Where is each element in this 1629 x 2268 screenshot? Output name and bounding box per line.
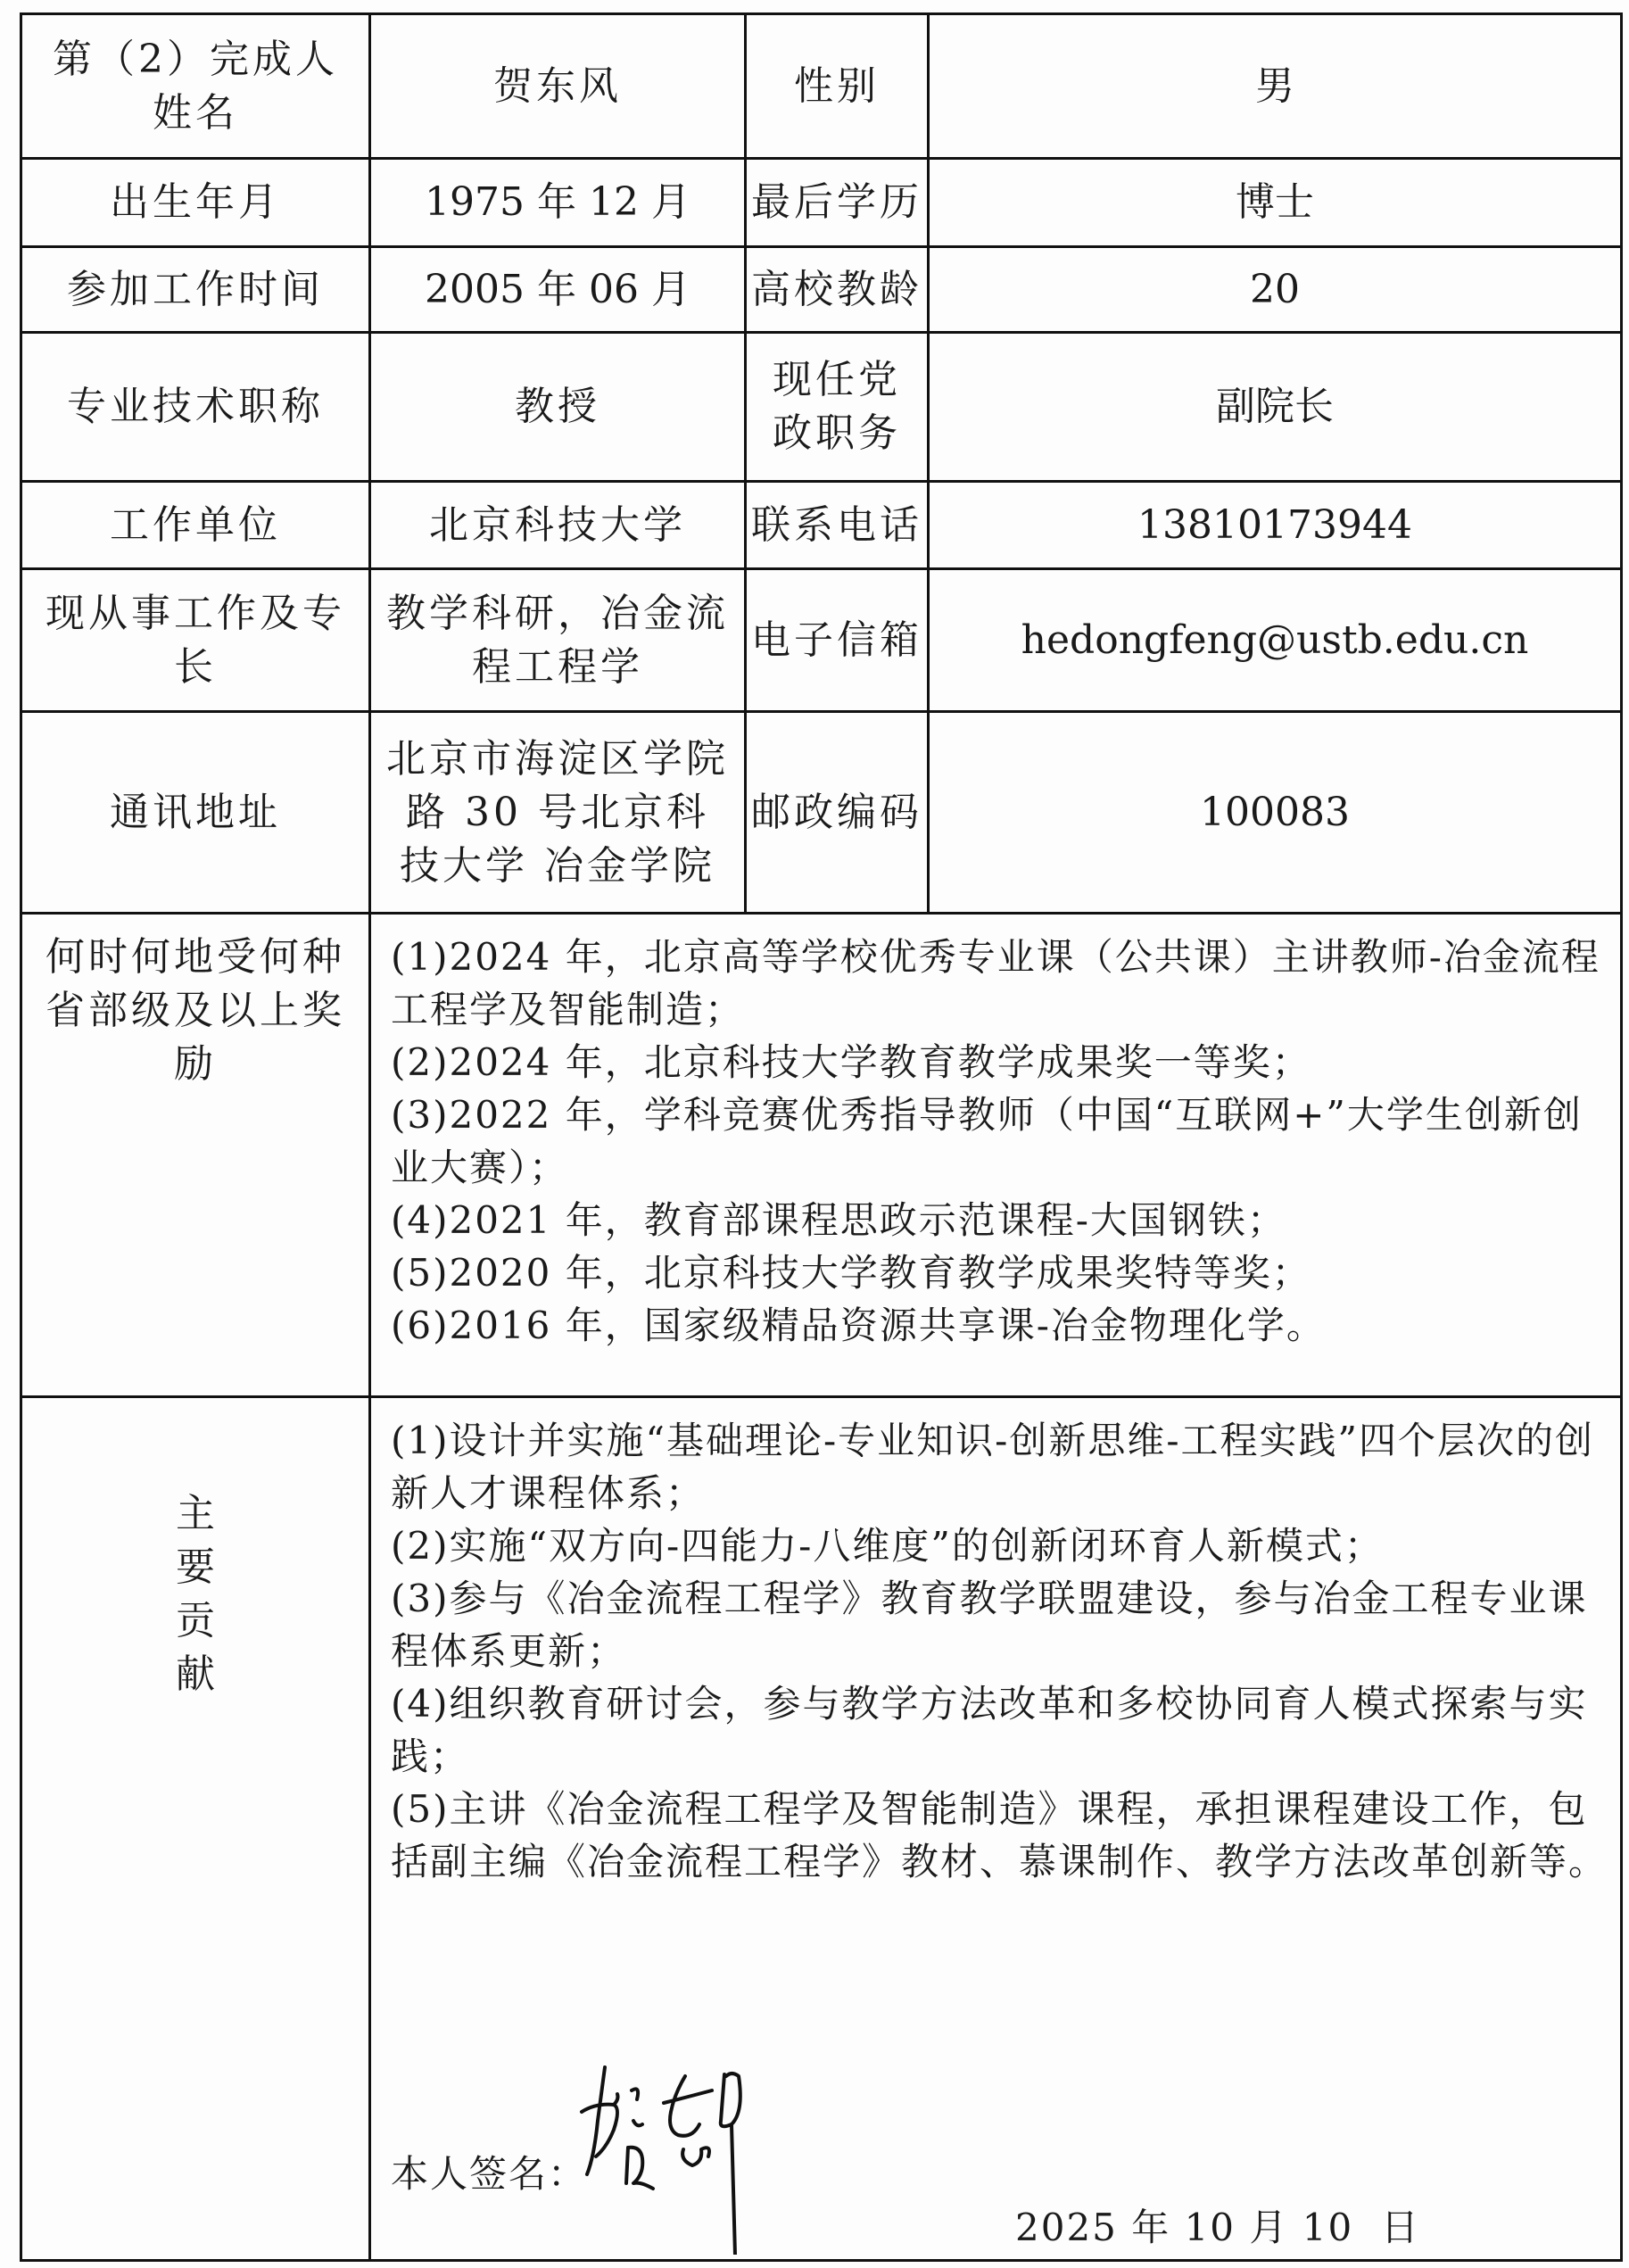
- award-item: (4)2021 年，教育部课程思政示范课程-大国钢铁；: [391, 1194, 1608, 1246]
- signature-block: 本人签名：: [391, 2049, 1550, 2255]
- value-expertise: 教学科研，冶金流程工程学: [370, 569, 746, 712]
- label-teaching-years: 高校教龄: [746, 247, 929, 333]
- label-address: 通讯地址: [21, 712, 370, 914]
- value-postcode: 100083: [929, 712, 1622, 914]
- form-row-awards: 何时何地受何种省部级及以上奖励 (1)2024 年，北京高等学校优秀专业课（公共…: [21, 914, 1622, 1397]
- nominee-info-form: 第（2）完成人姓名 贺东风 性别 男 出生年月 1975 年 12 月 最后学历…: [20, 12, 1623, 2262]
- form-row-birth: 出生年月 1975 年 12 月 最后学历 博士: [21, 159, 1622, 247]
- label-education: 最后学历: [746, 159, 929, 247]
- label-postcode: 邮政编码: [746, 712, 929, 914]
- form-row-title: 专业技术职称 教授 现任党政职务 副院长: [21, 333, 1622, 482]
- award-item: (3)2022 年，学科竞赛优秀指导教师（中国“互联网+”大学生创新创业大赛）；: [391, 1088, 1608, 1194]
- value-title: 教授: [370, 333, 746, 482]
- label-awards: 何时何地受何种省部级及以上奖励: [21, 914, 370, 1397]
- label-char: 要: [22, 1541, 368, 1594]
- contribution-item: (2)实施“双方向-四能力-八维度”的创新闭环育人新模式；: [391, 1519, 1608, 1572]
- contribution-item: (1)设计并实施“基础理论-专业知识-创新思维-工程实践”四个层次的创新人才课程…: [391, 1414, 1608, 1519]
- label-email: 电子信箱: [746, 569, 929, 712]
- value-birth: 1975 年 12 月: [370, 159, 746, 247]
- value-email: hedongfeng@ustb.edu.cn: [929, 569, 1622, 712]
- value-position: 副院长: [929, 333, 1622, 482]
- label-char: 主: [22, 1487, 368, 1541]
- contribution-item: (3)参与《冶金流程工程学》教育教学联盟建设，参与冶金工程专业课程体系更新；: [391, 1572, 1608, 1677]
- contribution-item: (4)组织教育研讨会，参与教学方法改革和多校协同育人模式探索与实践；: [391, 1677, 1608, 1783]
- form-row-name: 第（2）完成人姓名 贺东风 性别 男: [21, 14, 1622, 159]
- form-row-employer: 工作单位 北京科技大学 联系电话 13810173944: [21, 482, 1622, 569]
- value-name: 贺东风: [370, 14, 746, 159]
- label-phone: 联系电话: [746, 482, 929, 569]
- label-gender: 性别: [746, 14, 929, 159]
- value-teaching-years: 20: [929, 247, 1622, 333]
- label-contributions: 主 要 贡 献: [21, 1397, 370, 2261]
- label-employer: 工作单位: [21, 482, 370, 569]
- label-expertise: 现从事工作及专长: [21, 569, 370, 712]
- award-item: (6)2016 年，国家级精品资源共享课-冶金物理化学。: [391, 1299, 1608, 1352]
- label-birth: 出生年月: [21, 159, 370, 247]
- form-row-expertise: 现从事工作及专长 教学科研，冶金流程工程学 电子信箱 hedongfeng@us…: [21, 569, 1622, 712]
- label-title: 专业技术职称: [21, 333, 370, 482]
- value-gender: 男: [929, 14, 1622, 159]
- award-item: (2)2024 年，北京科技大学教育教学成果奖一等奖；: [391, 1036, 1608, 1088]
- handwritten-signature-icon: [578, 2049, 846, 2255]
- awards-list: (1)2024 年，北京高等学校优秀专业课（公共课）主讲教师-冶金流程工程学及智…: [370, 914, 1622, 1397]
- value-employer: 北京科技大学: [370, 482, 746, 569]
- signature-label: 本人签名：: [391, 2148, 587, 2201]
- label-position: 现任党政职务: [746, 333, 929, 482]
- label-work-start: 参加工作时间: [21, 247, 370, 333]
- signature-date: 2025 年 10 月 10 日: [1015, 2201, 1420, 2255]
- form-row-work-start: 参加工作时间 2005 年 06 月 高校教龄 20: [21, 247, 1622, 333]
- label-char: 贡: [22, 1594, 368, 1648]
- form-row-contributions: 主 要 贡 献 (1)设计并实施“基础理论-专业知识-创新思维-工程实践”四个层…: [21, 1397, 1622, 2261]
- contributions-list: (1)设计并实施“基础理论-专业知识-创新思维-工程实践”四个层次的创新人才课程…: [370, 1397, 1622, 2261]
- form-row-address: 通讯地址 北京市海淀区学院路 30 号北京科技大学 冶金学院 邮政编码 1000…: [21, 712, 1622, 914]
- value-address: 北京市海淀区学院路 30 号北京科技大学 冶金学院: [370, 712, 746, 914]
- award-item: (1)2024 年，北京高等学校优秀专业课（公共课）主讲教师-冶金流程工程学及智…: [391, 931, 1608, 1036]
- value-education: 博士: [929, 159, 1622, 247]
- label-name: 第（2）完成人姓名: [21, 14, 370, 159]
- label-char: 献: [22, 1648, 368, 1701]
- value-phone: 13810173944: [929, 482, 1622, 569]
- award-item: (5)2020 年，北京科技大学教育教学成果奖特等奖；: [391, 1246, 1608, 1299]
- value-work-start: 2005 年 06 月: [370, 247, 746, 333]
- contribution-item: (5)主讲《冶金流程工程学及智能制造》课程，承担课程建设工作，包括副主编《冶金流…: [391, 1783, 1608, 1888]
